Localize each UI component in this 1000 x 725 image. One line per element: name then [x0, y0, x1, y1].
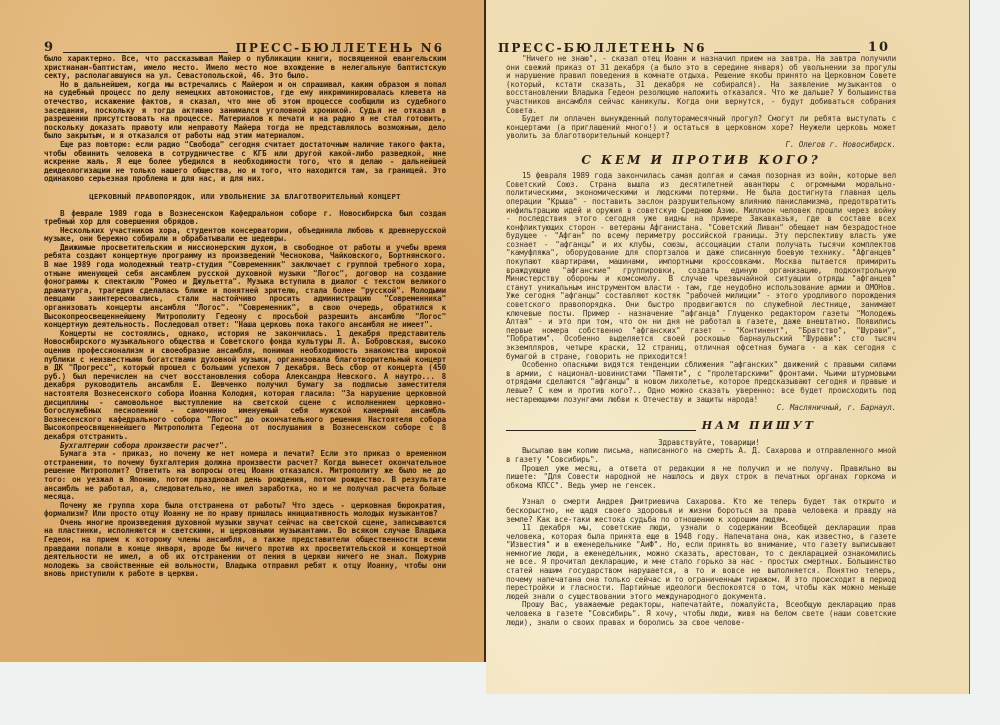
section-rule-line [506, 422, 696, 431]
right-page-body: "Ничего не знаю", - сказал отец Иоанн и … [506, 55, 896, 627]
left-page-number: 9 [44, 40, 55, 55]
paragraph: Очень многие произведения духовной музык… [44, 519, 446, 579]
paragraph: Узнал о смерти Андрея Дмитриевича Сахаро… [506, 498, 896, 524]
paragraph: В феврале 1989 года в Вознесенском Кафед… [44, 210, 446, 227]
left-page: 9 ПРЕСС-БЮЛЛЕТЕНЬ N6 было характерно. Вс… [0, 0, 486, 662]
right-bulletin-title: ПРЕСС-БЮЛЛЕТЕНЬ N6 [498, 41, 706, 55]
signature: С. Масляничный, г. Барнаул. [506, 404, 896, 413]
right-running-head: ПРЕСС-БЮЛЛЕТЕНЬ N6 10 [498, 40, 890, 55]
letters-heading: НАМ ПИШУТ [702, 422, 816, 431]
paragraph: Нескольких участников хора, студентов ко… [44, 227, 446, 244]
article-heading-against-whom: С КЕМ И ПРОТИВ КОГО? [506, 156, 896, 165]
paragraph: 11 декабря мы, советские люди, узнали о … [506, 524, 896, 601]
left-running-head: 9 ПРЕСС-БЮЛЛЕТЕНЬ N6 [44, 40, 444, 55]
header-rule [714, 42, 859, 53]
paragraph: Прошел уже месяц, а ответа от редакции я… [506, 465, 896, 491]
left-bulletin-title: ПРЕСС-БЮЛЛЕТЕНЬ N6 [236, 41, 444, 55]
signature: Г. Олегов г. Новосибирск. [506, 141, 896, 150]
paragraph: Высылаю вам копию письма, написанного на… [506, 447, 896, 464]
paragraph: было характерно. Все, что рассказывал Ма… [44, 55, 446, 81]
right-page: ПРЕСС-БЮЛЛЕТЕНЬ N6 10 "Ничего не знаю", … [486, 0, 970, 694]
paragraph: Прошу Вас, уважаемые редакторы, напечата… [506, 601, 896, 627]
paragraph: Концерты не состоялись, однако, история … [44, 330, 446, 442]
letters-section-header: НАМ ПИШУТ [506, 422, 896, 431]
left-page-body: было характерно. Все, что рассказывал Ма… [44, 55, 446, 579]
paragraph: Почему же группа хора была отстранена от… [44, 502, 446, 519]
paragraph: Особенно опасными видятся тенденции сбли… [506, 361, 896, 404]
paragraph: 15 февраля 1989 года закончилась самая д… [506, 172, 896, 361]
header-rule [63, 42, 227, 53]
right-page-number: 10 [868, 40, 890, 55]
article-heading-church: ЦЕРКОВНЫЙ ПРАВОПОРЯДОК, ИЛИ УВОЛЬНЕНИЕ З… [44, 193, 446, 202]
paragraph: Еще раз повторю: если радио "Свобода" се… [44, 141, 446, 184]
paragraph: Но в дальнейшем, когда мы встречались с … [44, 81, 446, 141]
paragraph: Бумага эта - приказ, но почему же нет но… [44, 450, 446, 502]
paragraph: Будет ли оплачен вынужденный полуторамес… [506, 115, 896, 141]
paragraph: "Ничего не знаю", - сказал отец Иоанн и … [506, 55, 896, 115]
paragraph: Движимые просветительским и миссионерски… [44, 244, 446, 330]
